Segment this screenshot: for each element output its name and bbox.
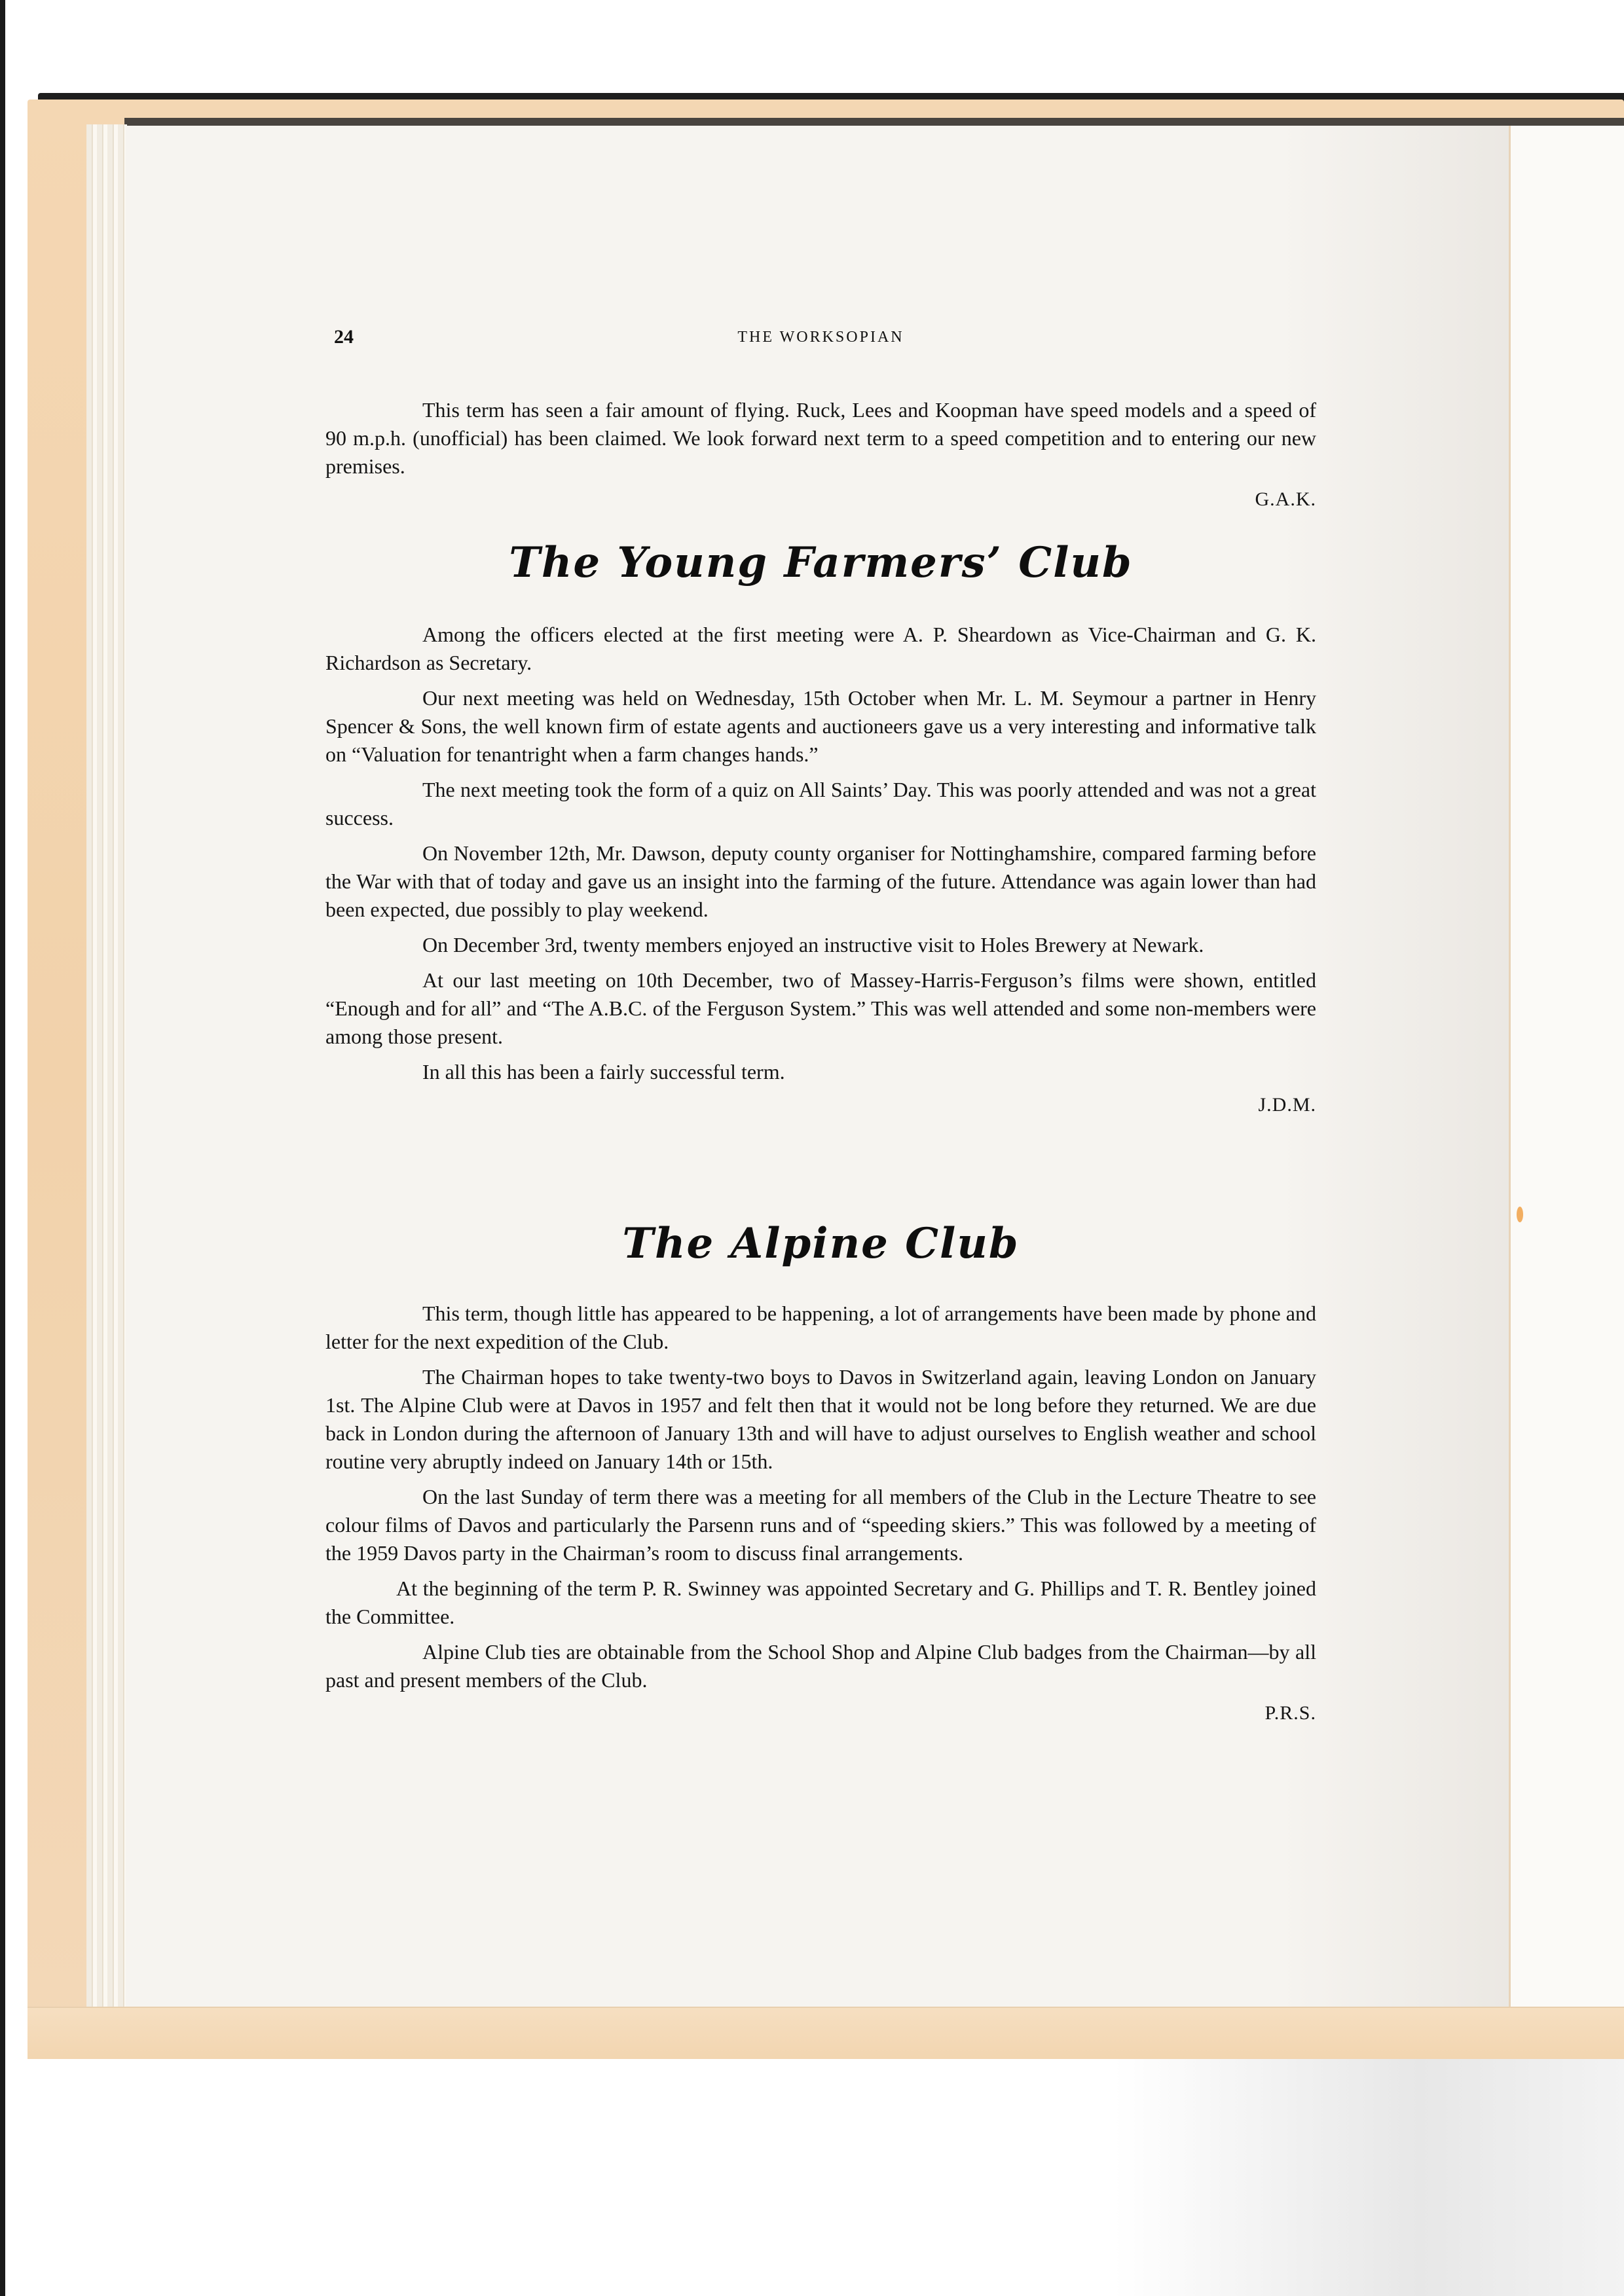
scanner-background-shade	[1113, 2056, 1624, 2296]
paper-stain	[1517, 1207, 1523, 1222]
journal-title: THE WORKSOPIAN	[325, 329, 1316, 346]
section-title: The Young Farmers’ Club	[325, 538, 1316, 587]
alpine-club-body: This term, though little has appeared to…	[325, 1300, 1316, 1726]
paragraph: Among the officers elected at the first …	[325, 621, 1316, 677]
section-title: The Alpine Club	[325, 1219, 1316, 1268]
paragraph: On November 12th, Mr. Dawson, deputy cou…	[325, 839, 1316, 924]
section-young-farmers-club: The Young Farmers’ Club	[325, 538, 1316, 587]
paragraph: On December 3rd, twenty members enjoyed …	[325, 931, 1316, 959]
right-page-edge	[1511, 126, 1624, 2007]
intro-signature: G.A.K.	[325, 486, 1316, 513]
intro-article-tail: This term has seen a fair amount of flyi…	[325, 396, 1316, 513]
paragraph: On the last Sunday of term there was a m…	[325, 1483, 1316, 1567]
paragraph: This term, though little has appeared to…	[325, 1300, 1316, 1356]
cover-bottom-edge	[28, 2007, 1624, 2059]
paragraph: In all this has been a fairly successful…	[325, 1058, 1316, 1086]
section-signature: P.R.S.	[325, 1700, 1316, 1726]
paragraph: The next meeting took the form of a quiz…	[325, 776, 1316, 832]
paragraph: At our last meeting on 10th December, tw…	[325, 966, 1316, 1051]
scanner-edge	[0, 0, 5, 2296]
running-head: 24 THE WORKSOPIAN	[325, 326, 1316, 346]
paragraph: Alpine Club ties are obtainable from the…	[325, 1638, 1316, 1694]
paragraph: Our next meeting was held on Wednesday, …	[325, 684, 1316, 769]
intro-paragraph: This term has seen a fair amount of flyi…	[325, 396, 1316, 481]
young-farmers-body: Among the officers elected at the first …	[325, 621, 1316, 1118]
cover-inner-shadow	[124, 118, 1624, 126]
section-alpine-club: The Alpine Club	[325, 1219, 1316, 1268]
page-stack-edges	[86, 124, 127, 2007]
paragraph: The Chairman hopes to take twenty-two bo…	[325, 1363, 1316, 1476]
section-signature: J.D.M.	[325, 1092, 1316, 1118]
paragraph: At the beginning of the term P. R. Swinn…	[325, 1575, 1316, 1631]
